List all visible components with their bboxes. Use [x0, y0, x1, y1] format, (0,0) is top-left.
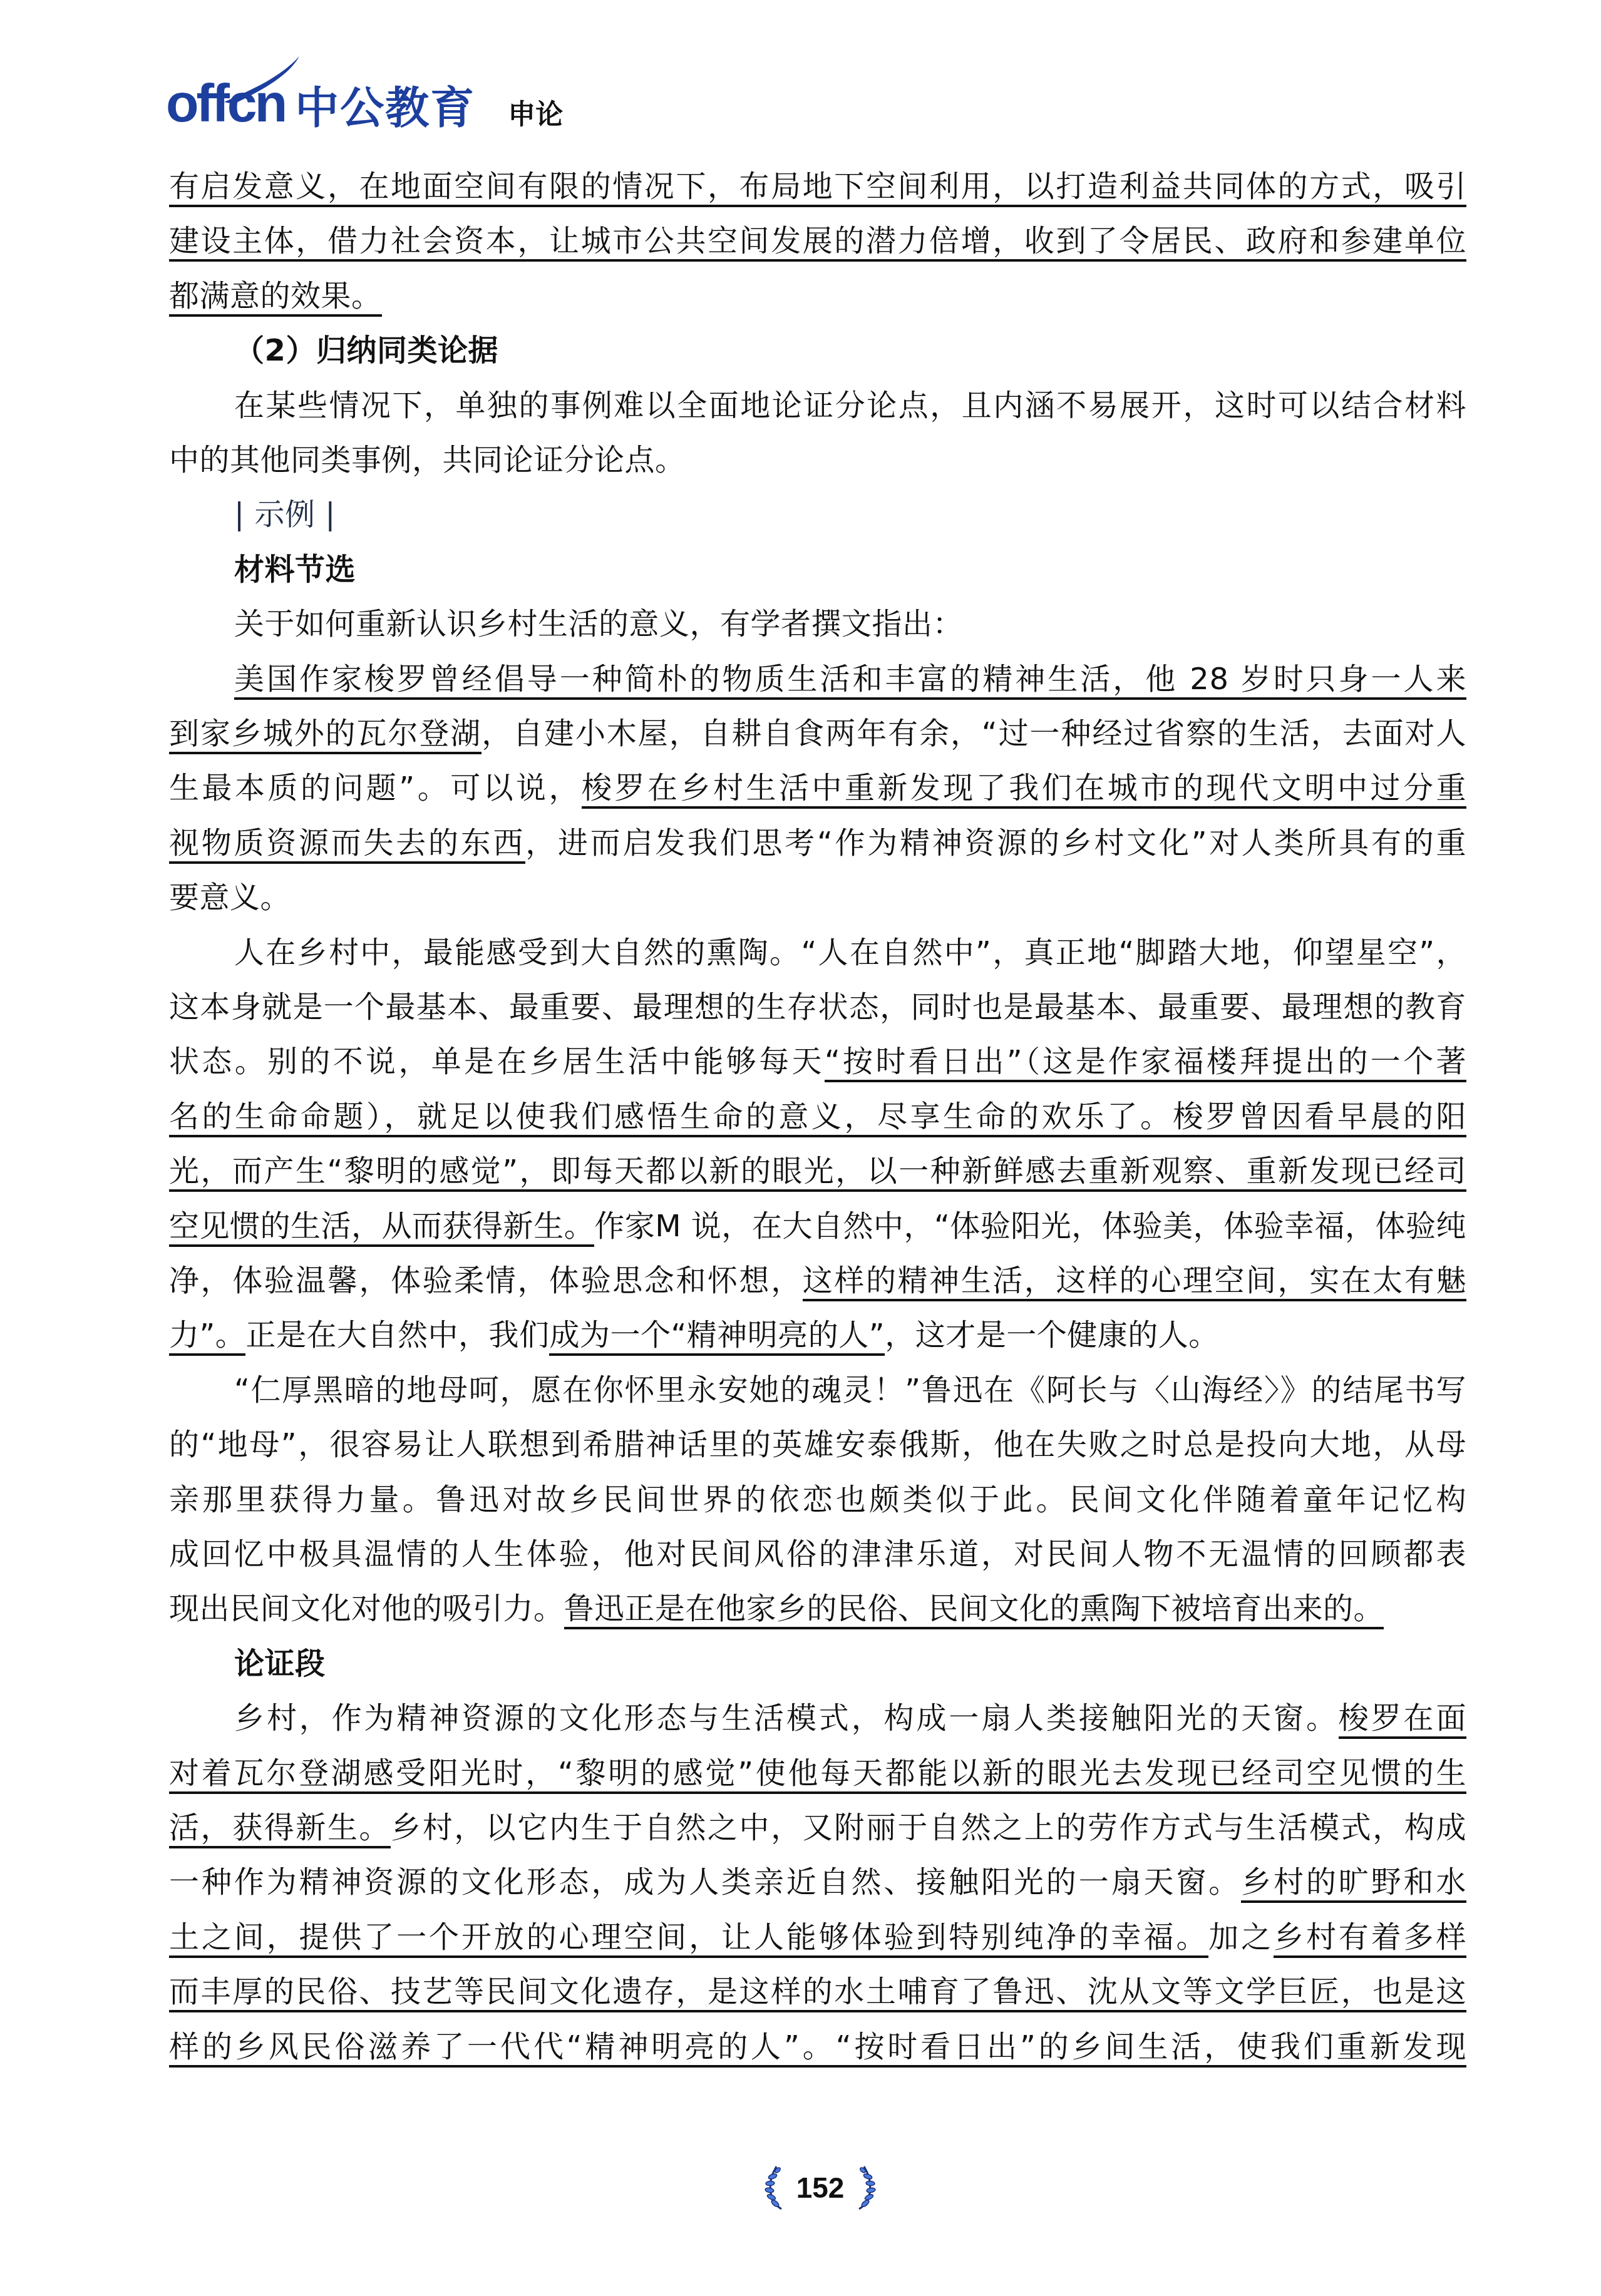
underlined-text: 到家乡城外的瓦尔登湖: [169, 716, 481, 754]
underlined-text: 力”。: [169, 1318, 245, 1356]
text-line: 生最本质的问题”。可以说，梭罗在乡村生活中重新发现了我们在城市的现代文明中过分重: [169, 763, 1466, 813]
underlined-text: 有启发意义，在地面空间有限的情况下，布局地下空间利用，以打造利益共同体的方式，吸…: [169, 169, 1466, 207]
text-line: 样的乡风民俗滋养了一代代“精神明亮的人”。“按时看日出”的乡间生活，使我们重新发…: [169, 2022, 1466, 2072]
text-segment: “仁厚黑暗的地母呵，愿在你怀里永安她的魂灵！”鲁迅在《阿长与〈山海经〉》的结尾书…: [234, 1373, 1466, 1408]
text-segment: 人在乡村中，最能感受到大自然的熏陶。“人在自然中”，真正地“脚踏大地，仰望星空”…: [234, 935, 1466, 970]
text-line: 美国作家梭罗曾经倡导一种简朴的物质生活和丰富的精神生活，他 28 岁时只身一人来: [169, 654, 1466, 704]
underlined-text: 视物质资源而失去的东西: [169, 826, 525, 864]
text-line: 这本身就是一个最基本、最重要、最理想的生存状态，同时也是最基本、最重要、最理想的…: [169, 982, 1466, 1032]
underlined-text: “按时看日出”（这是作家福楼拜提出的一个著: [825, 1044, 1466, 1082]
text-line: 要意义。: [169, 873, 1466, 923]
underlined-text: 活，获得新生。: [169, 1810, 391, 1848]
underlined-text: 梭罗在乡村生活中重新发现了我们在城市的现代文明中过分重: [582, 771, 1466, 809]
text-segment: | 示例 |: [234, 497, 336, 532]
laurel-right-icon: [855, 2164, 878, 2211]
logo-latin-text: offcn: [166, 76, 285, 130]
text-segment: 现出民间文化对他的吸引力。: [169, 1591, 564, 1626]
underlined-text: 成为一个“精神明亮的人”: [549, 1318, 885, 1356]
text-segment: 作家M 说，在大自然中，“体验阳光，体验美，体验幸福，体验纯: [594, 1209, 1466, 1244]
underlined-text: 建设主体，借力社会资本，让城市公共空间发展的潜力倍增，收到了令居民、政府和参建单…: [169, 223, 1466, 262]
text-segment: 生最本质的问题”。可以说，: [169, 771, 582, 806]
text-line: 而丰厚的民俗、技艺等民间文化遗存，是这样的水土哺育了鲁迅、沈从文等文学巨匠，也是…: [169, 1967, 1466, 2017]
underlined-text: 鲁迅正是在他家乡的民俗、民间文化的熏陶下被培育出来的。: [564, 1591, 1384, 1629]
text-segment: （2）归纳同类论据: [234, 333, 498, 368]
text-segment: 状态。别的不说，单是在乡居生活中能够每天: [169, 1044, 825, 1079]
section-heading: （2）归纳同类论据: [169, 325, 1466, 376]
subject-label: 申论: [508, 101, 563, 129]
text-segment: 材料节选: [234, 552, 356, 587]
page-number: 152: [796, 2171, 845, 2205]
text-line: 的“地母”，很容易让人联想到希腊神话里的英雄安泰俄斯，他在失败之时总是投向大地，…: [169, 1420, 1466, 1470]
underlined-text: 美国作家梭罗曾经倡导一种简朴的物质生活和丰富的精神生活，他 28 岁时只身一人来: [234, 662, 1466, 700]
underlined-text: 都满意的效果。: [169, 279, 382, 317]
text-segment: 成回忆中极具温情的人生体验，他对民间风俗的津津乐道，对民间人物不无温情的回顾都表: [169, 1537, 1466, 1572]
text-line: 人在乡村中，最能感受到大自然的熏陶。“人在自然中”，真正地“脚踏大地，仰望星空”…: [169, 928, 1466, 978]
underlined-text: 土之间，提供了一个开放的心理空间，让人能够体验到特别纯净的幸福。: [169, 1920, 1208, 1958]
text-line: 视物质资源而失去的东西，进而启发我们思考“作为精神资源的乡村文化”对人类所具有的…: [169, 818, 1466, 868]
text-line: 土之间，提供了一个开放的心理空间，让人能够体验到特别纯净的幸福。加之乡村有着多样: [169, 1912, 1466, 1962]
text-segment: 要意义。: [169, 880, 291, 915]
text-segment: 中的其他同类事例，共同论证分论点。: [169, 443, 686, 478]
text-line: 现出民间文化对他的吸引力。鲁迅正是在他家乡的民俗、民间文化的熏陶下被培育出来的。: [169, 1584, 1466, 1634]
text-line: 乡村，作为精神资源的文化形态与生活模式，构成一扇人类接触阳光的天窗。梭罗在面: [169, 1693, 1466, 1743]
text-line: 一种作为精神资源的文化形态，成为人类亲近自然、接触阳光的一扇天窗。乡村的旷野和水: [169, 1857, 1466, 1907]
underlined-text: 名的生命命题），就足以使我们感悟生命的意义，尽享生命的欢乐了。梭罗曾因看早晨的阳: [169, 1099, 1466, 1137]
underlined-text: 光，而产生“黎明的感觉”，即每天都以新的眼光，以一种新鲜感去重新观察、重新发现已…: [169, 1154, 1466, 1192]
text-line: 在某些情况下，单独的事例难以全面地论证分论点，且内涵不易展开，这时可以结合材料: [169, 381, 1466, 431]
underlined-text: 样的乡风民俗滋养了一代代“精神明亮的人”。“按时看日出”的乡间生活，使我们重新发…: [169, 2029, 1466, 2068]
text-line: 光，而产生“黎明的感觉”，即每天都以新的眼光，以一种新鲜感去重新观察、重新发现已…: [169, 1146, 1466, 1196]
text-segment: ，自建小木屋，自耕自食两年有余，“过一种经过省察的生活，去面对人: [481, 716, 1466, 751]
underlined-text: 乡村有着多样: [1274, 1920, 1466, 1958]
underlined-text: 乡村的旷野和水: [1241, 1865, 1466, 1903]
underlined-text: 对着瓦尔登湖感受阳光时，“黎明的感觉”使他每天都能以新的眼光去发现已经司空见惯的…: [169, 1756, 1466, 1794]
document-page: offcn 中公教育 申论 有启发意义，在地面空间有限的情况下，布局地下空间利用…: [0, 0, 1601, 2296]
text-line: 空见惯的生活，从而获得新生。作家M 说，在大自然中，“体验阳光，体验美，体验幸福…: [169, 1201, 1466, 1251]
text-segment: 在某些情况下，单独的事例难以全面地论证分论点，且内涵不易展开，这时可以结合材料: [234, 388, 1466, 423]
text-line: 中的其他同类事例，共同论证分论点。: [169, 435, 1466, 485]
text-line: 建设主体，借力社会资本，让城市公共空间发展的潜力倍增，收到了令居民、政府和参建单…: [169, 216, 1466, 266]
text-segment: ，这才是一个健康的人。: [885, 1318, 1219, 1353]
text-line: 力”。正是在大自然中，我们成为一个“精神明亮的人”，这才是一个健康的人。: [169, 1310, 1466, 1360]
text-segment: 加之: [1208, 1920, 1274, 1955]
text-line: 对着瓦尔登湖感受阳光时，“黎明的感觉”使他每天都能以新的眼光去发现已经司空见惯的…: [169, 1748, 1466, 1798]
text-segment: ，进而启发我们思考“作为精神资源的乡村文化”对人类所具有的重: [525, 826, 1466, 861]
text-line: 有启发意义，在地面空间有限的情况下，布局地下空间利用，以打造利益共同体的方式，吸…: [169, 161, 1466, 212]
underlined-text: 梭罗在面: [1339, 1701, 1466, 1739]
page-header: offcn 中公教育 申论: [166, 68, 563, 130]
text-segment: 乡村，以它内生于自然之中，又附丽于自然之上的劳作方式与生活模式，构成: [391, 1810, 1466, 1845]
text-line: 状态。别的不说，单是在乡居生活中能够每天“按时看日出”（这是作家福楼拜提出的一个…: [169, 1037, 1466, 1087]
text-line: 亲那里获得力量。鲁迅对故乡民间世界的依恋也颇类似于此。民间文化伴随着童年记忆构: [169, 1475, 1466, 1525]
laurel-left-icon: [763, 2164, 785, 2211]
text-segment: 正是在大自然中，我们: [245, 1318, 549, 1353]
text-segment: 论证段: [234, 1646, 326, 1681]
text-line: 名的生命命题），就足以使我们感悟生命的意义，尽享生命的欢乐了。梭罗曾因看早晨的阳: [169, 1092, 1466, 1142]
page-footer: 152: [758, 2163, 883, 2213]
text-segment: 净，体验温馨，体验柔情，体验思念和怀想，: [169, 1263, 803, 1298]
text-line: 成回忆中极具温情的人生体验，他对民间风俗的津津乐道，对民间人物不无温情的回顾都表: [169, 1529, 1466, 1579]
text-segment: 的“地母”，很容易让人联想到希腊神话里的英雄安泰俄斯，他在失败之时总是投向大地，…: [169, 1427, 1466, 1462]
brand-logo: offcn 中公教育: [166, 76, 475, 130]
text-line: 都满意的效果。: [169, 271, 1466, 321]
text-line: 到家乡城外的瓦尔登湖，自建小木屋，自耕自食两年有余，“过一种经过省察的生活，去面…: [169, 709, 1466, 759]
section-heading: 论证段: [169, 1639, 1466, 1689]
example-label: | 示例 |: [169, 489, 1466, 540]
underlined-text: 而丰厚的民俗、技艺等民间文化遗存，是这样的水土哺育了鲁迅、沈从文等文学巨匠，也是…: [169, 1974, 1466, 2012]
text-segment: 亲那里获得力量。鲁迅对故乡民间世界的依恋也颇类似于此。民间文化伴随着童年记忆构: [169, 1482, 1466, 1517]
text-segment: 这本身就是一个最基本、最重要、最理想的生存状态，同时也是最基本、最重要、最理想的…: [169, 990, 1466, 1025]
text-line: 净，体验温馨，体验柔情，体验思念和怀想，这样的精神生活，这样的心理空间，实在太有…: [169, 1256, 1466, 1306]
underlined-text: 这样的精神生活，这样的心理空间，实在太有魅: [803, 1263, 1466, 1301]
text-segment: 乡村，作为精神资源的文化形态与生活模式，构成一扇人类接触阳光的天窗。: [234, 1701, 1339, 1736]
text-line: “仁厚黑暗的地母呵，愿在你怀里永安她的魂灵！”鲁迅在《阿长与〈山海经〉》的结尾书…: [169, 1365, 1466, 1415]
section-heading: 材料节选: [169, 545, 1466, 595]
logo-chinese-text: 中公教育: [295, 86, 475, 130]
text-line: 活，获得新生。乡村，以它内生于自然之中，又附丽于自然之上的劳作方式与生活模式，构…: [169, 1803, 1466, 1853]
text-segment: 一种作为精神资源的文化形态，成为人类亲近自然、接触阳光的一扇天窗。: [169, 1865, 1241, 1900]
underlined-text: 空见惯的生活，从而获得新生。: [169, 1209, 594, 1247]
text-line: 关于如何重新认识乡村生活的意义，有学者撰文指出：: [169, 599, 1466, 649]
text-segment: 关于如何重新认识乡村生活的意义，有学者撰文指出：: [234, 607, 963, 642]
